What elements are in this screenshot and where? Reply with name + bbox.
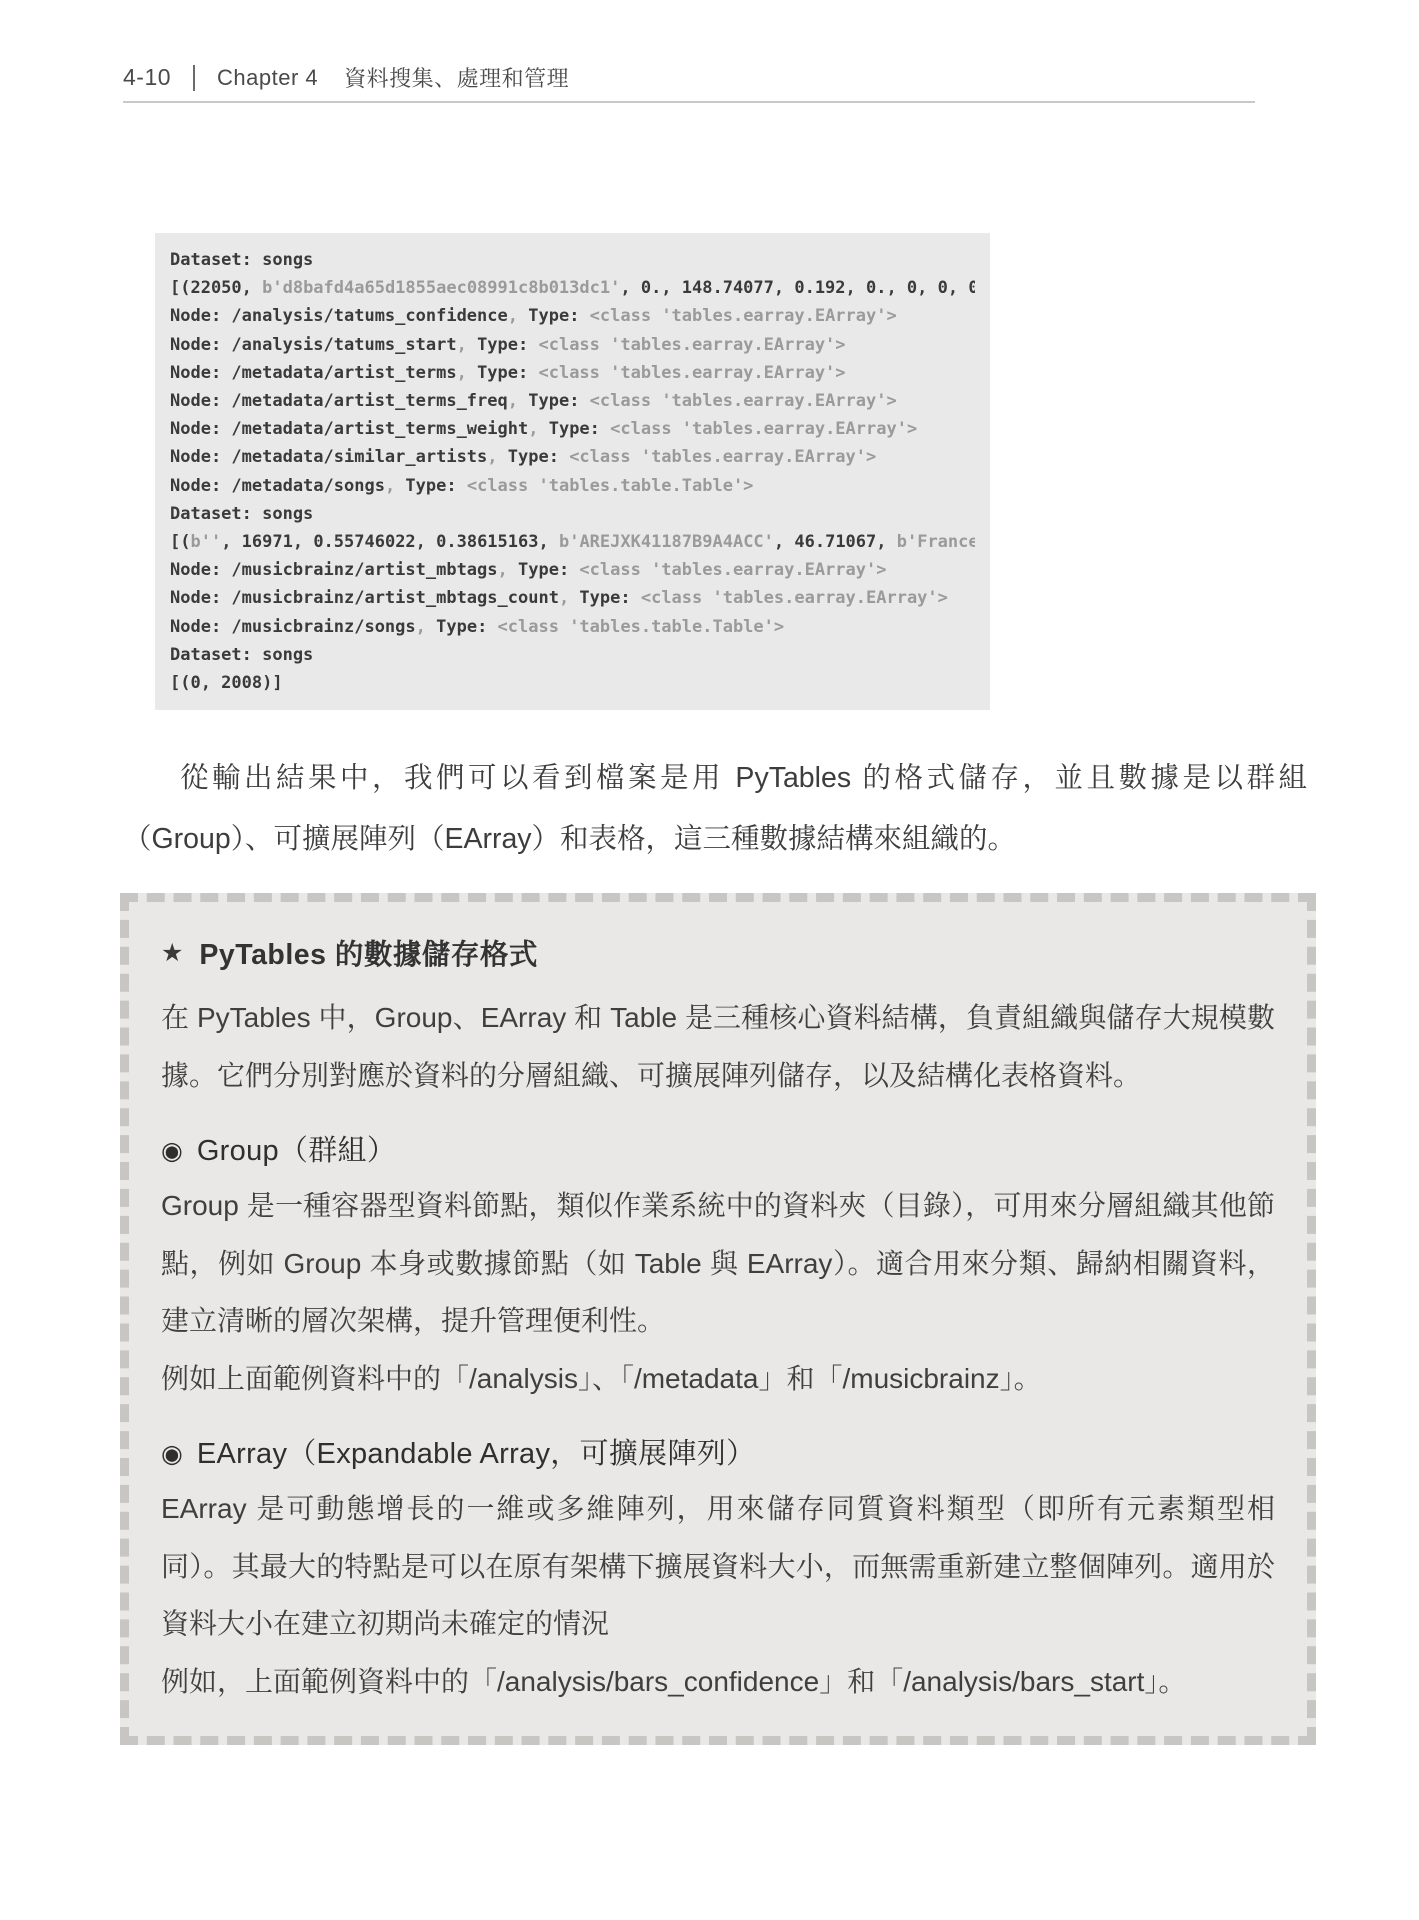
header-divider [193, 65, 195, 91]
note-title: PyTables 的數據儲存格式 [199, 932, 537, 973]
code-line: Dataset: songs [170, 500, 975, 528]
header-rule [123, 101, 1255, 103]
code-line: Node: /musicbrainz/songs, Type: <class '… [170, 613, 975, 641]
section-example: 例如上面範例資料中的「/analysis」、「/metadata」和「/musi… [161, 1350, 1275, 1408]
section-example: 例如，上面範例資料中的「/analysis/bars_confidence」和「… [161, 1653, 1275, 1711]
section-heading: EArray（Expandable Array，可擴展陣列） [197, 1431, 756, 1478]
star-icon: ★ [161, 938, 183, 968]
page-number: 4-10 [123, 64, 171, 91]
note-box: ★ PyTables 的數據儲存格式 在 PyTables 中，Group、EA… [120, 893, 1316, 1745]
section-body: Group 是一種容器型資料節點，類似作業系統中的資料夾（目錄），可用來分層組織… [161, 1177, 1275, 1350]
code-line: Dataset: songs [170, 246, 975, 274]
code-line: Node: /metadata/artist_terms, Type: <cla… [170, 359, 975, 387]
code-line: Node: /analysis/tatums_confidence, Type:… [170, 302, 975, 330]
chapter-title: 資料搜集、處理和管理 [344, 62, 569, 93]
code-line: Node: /metadata/artist_terms_freq, Type:… [170, 387, 975, 415]
section-heading: Group（群組） [197, 1128, 396, 1175]
code-line: [(0, 2008)] [170, 669, 975, 697]
code-line: Node: /musicbrainz/artist_mbtags, Type: … [170, 556, 975, 584]
section-heading-row: ◉ Group（群組） [161, 1128, 1275, 1175]
code-line: [(22050, b'd8bafd4a65d1855aec08991c8b013… [170, 274, 975, 302]
fisheye-icon: ◉ [161, 1128, 183, 1175]
intro-paragraph: 從輸出結果中，我們可以看到檔案是用 PyTables 的格式儲存，並且數據是以群… [123, 748, 1307, 870]
note-section-earray: ◉ EArray（Expandable Array，可擴展陣列） EArray … [161, 1431, 1275, 1710]
note-section-group: ◉ Group（群組） Group 是一種容器型資料節點，類似作業系統中的資料夾… [161, 1128, 1275, 1407]
code-line: Node: /musicbrainz/artist_mbtags_count, … [170, 584, 975, 612]
note-title-row: ★ PyTables 的數據儲存格式 [161, 932, 1275, 973]
code-line: [(b'', 16971, 0.55746022, 0.38615163, b'… [170, 528, 975, 556]
section-heading-row: ◉ EArray（Expandable Array，可擴展陣列） [161, 1431, 1275, 1478]
code-line: Node: /metadata/similar_artists, Type: <… [170, 443, 975, 471]
code-block: Dataset: songs[(22050, b'd8bafd4a65d1855… [155, 233, 990, 710]
section-body: EArray 是可動態增長的一維或多維陣列，用來儲存同質資料類型（即所有元素類型… [161, 1480, 1275, 1653]
chapter-label: Chapter 4 [217, 65, 318, 91]
fisheye-icon: ◉ [161, 1431, 183, 1478]
code-line: Dataset: songs [170, 641, 975, 669]
page-header: 4-10 Chapter 4 資料搜集、處理和管理 [123, 62, 1303, 93]
code-line: Node: /metadata/artist_terms_weight, Typ… [170, 415, 975, 443]
code-line: Node: /metadata/songs, Type: <class 'tab… [170, 472, 975, 500]
note-intro-paragraph: 在 PyTables 中，Group、EArray 和 Table 是三種核心資… [161, 989, 1275, 1104]
code-line: Node: /analysis/tatums_start, Type: <cla… [170, 331, 975, 359]
